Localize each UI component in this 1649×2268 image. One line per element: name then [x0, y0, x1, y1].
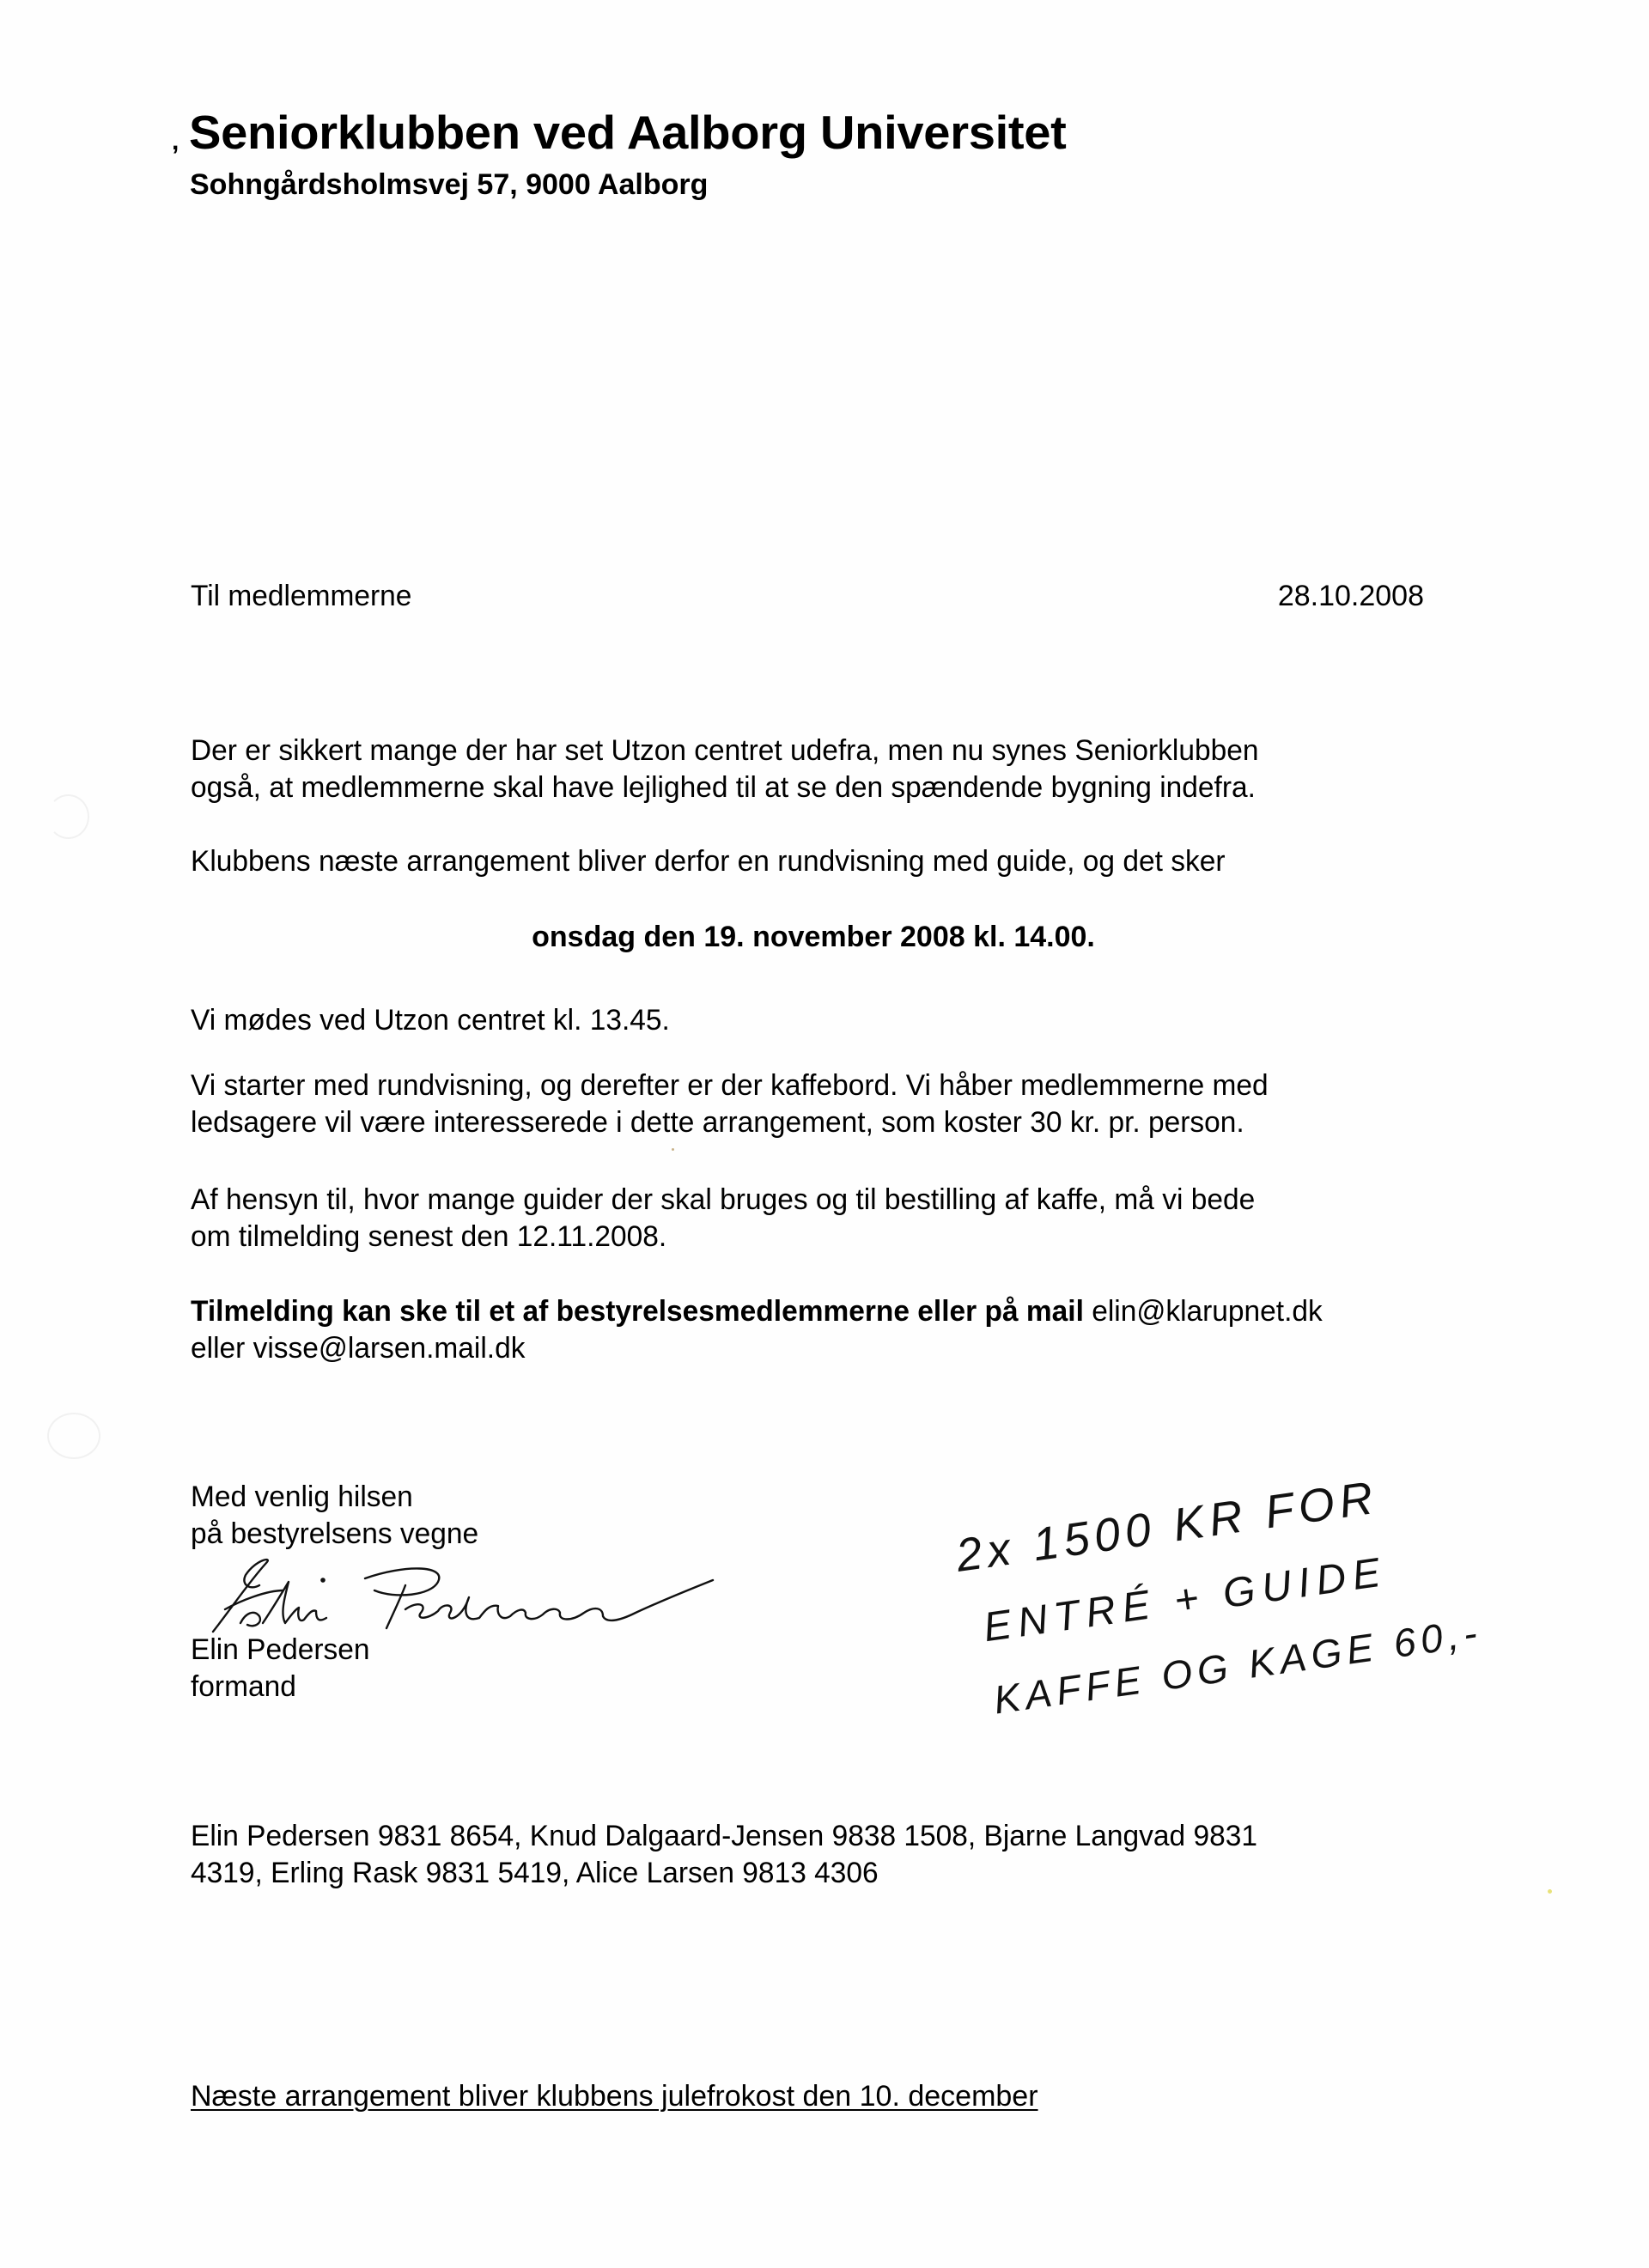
- closing-greeting: Med venlig hilsen på bestyrelsens vegne: [191, 1479, 478, 1553]
- signer-role: formand: [191, 1669, 370, 1706]
- paragraph-line: Der er sikkert mange der har set Utzon c…: [191, 733, 1258, 769]
- paragraph-meeting-point: Vi mødes ved Utzon centret kl. 13.45.: [191, 1002, 670, 1039]
- signer-block: Elin Pedersen formand: [191, 1632, 370, 1706]
- scan-speck: [1548, 1889, 1552, 1894]
- recipient: Til medlemmerne: [191, 578, 411, 615]
- punch-hole-mark: [47, 794, 89, 839]
- paragraph-line: ledsagere vil være interesserede i dette…: [191, 1104, 1269, 1141]
- board-contacts: Elin Pedersen 9831 8654, Knud Dalgaard-J…: [191, 1818, 1257, 1892]
- contacts-line: 4319, Erling Rask 9831 5419, Alice Larse…: [191, 1855, 1257, 1892]
- handwritten-signature: Elin Pedersen (handwritten): [206, 1556, 721, 1633]
- email-link-visse[interactable]: eller visse@larsen.mail.dk: [191, 1330, 1323, 1367]
- next-event-note: Næste arrangement bliver klubbens julefr…: [191, 2080, 1038, 2113]
- greeting-line: på bestyrelsens vegne: [191, 1516, 478, 1553]
- paragraph-line: Af hensyn til, hvor mange guider der ska…: [191, 1182, 1255, 1219]
- paragraph-intro: Der er sikkert mange der har set Utzon c…: [191, 733, 1258, 806]
- signer-name: Elin Pedersen: [191, 1632, 370, 1669]
- paragraph-line: også, at medlemmerne skal have lejlighed…: [191, 769, 1258, 806]
- paragraph-arrangement: Klubbens næste arrangement bliver derfor…: [191, 843, 1225, 880]
- paragraph-line: Tilmelding kan ske til et af bestyrelses…: [191, 1293, 1323, 1330]
- organization-address: Sohngårdsholmsvej 57, 9000 Aalborg: [190, 168, 708, 202]
- letter-date: 28.10.2008: [1278, 578, 1424, 615]
- punch-hole-mark: [47, 1413, 100, 1459]
- paragraph-line: om tilmelding senest den 12.11.2008.: [191, 1219, 1255, 1256]
- organization-title: Seniorklubben ved Aalborg Universitet: [189, 105, 1067, 160]
- letterhead-mark: ,: [172, 127, 179, 156]
- scan-speck: [672, 1148, 674, 1151]
- email-link-elin[interactable]: elin@klarupnet.dk: [1084, 1295, 1323, 1328]
- registration-instruction: Tilmelding kan ske til et af bestyrelses…: [191, 1295, 1084, 1328]
- paragraph-program-price: Vi starter med rundvisning, og derefter …: [191, 1067, 1269, 1141]
- greeting-line: Med venlig hilsen: [191, 1479, 478, 1516]
- handwritten-note: 2x 1500 KR FOR 2x 1500 KR FOR ENTRÉ + GU…: [936, 1434, 1537, 1718]
- event-datetime: onsdag den 19. november 2008 kl. 14.00.: [0, 921, 1638, 954]
- scanned-letter-page: , Seniorklubben ved Aalborg Universitet …: [0, 0, 1649, 2268]
- contacts-line: Elin Pedersen 9831 8654, Knud Dalgaard-J…: [191, 1818, 1257, 1855]
- paragraph-registration-contact: Tilmelding kan ske til et af bestyrelses…: [191, 1293, 1323, 1367]
- paragraph-line: Vi starter med rundvisning, og derefter …: [191, 1067, 1269, 1104]
- paragraph-registration-deadline: Af hensyn til, hvor mange guider der ska…: [191, 1182, 1255, 1256]
